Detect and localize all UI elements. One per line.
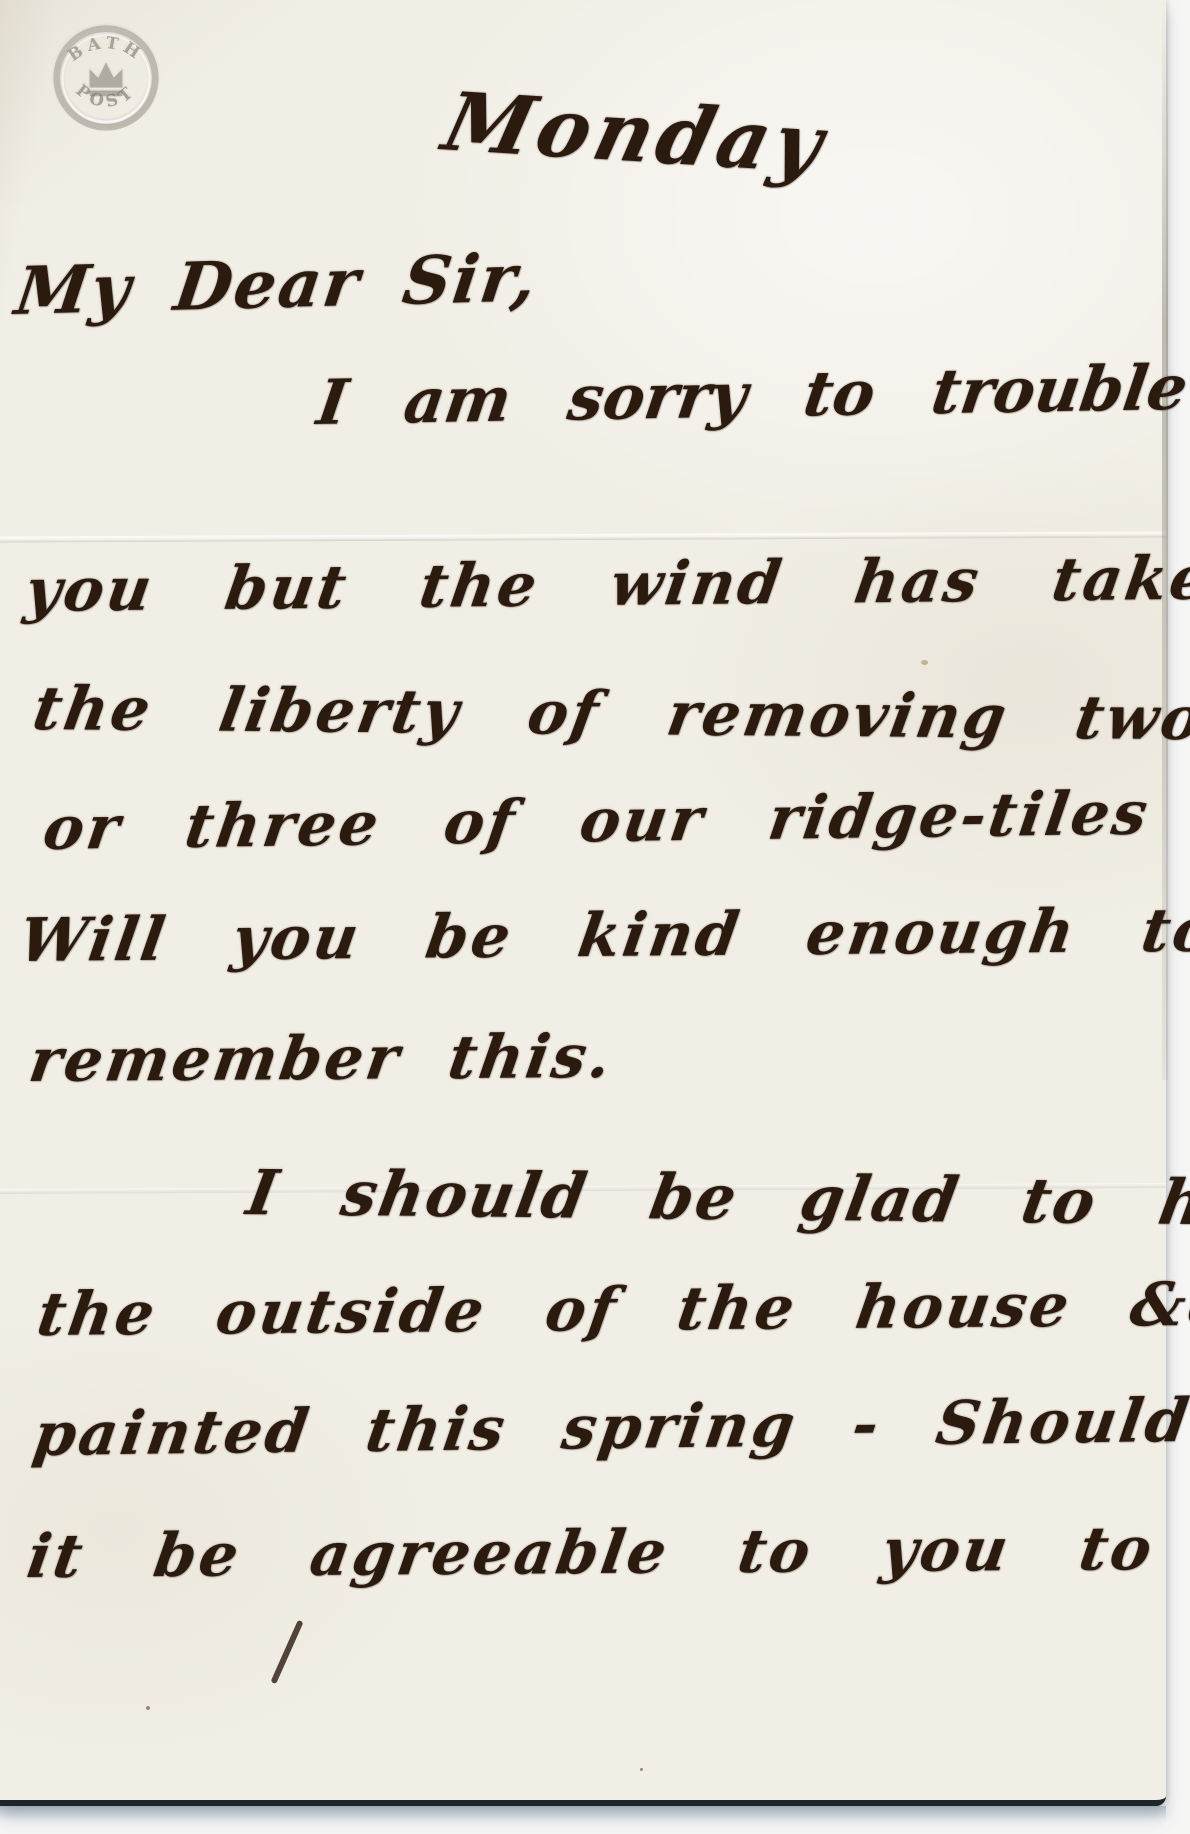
paper-bottom-shadow [0, 1806, 1166, 1820]
ink-speck [921, 660, 928, 665]
ink-speck [146, 1706, 150, 1710]
body-line-1: I am sorry to trouble [313, 351, 1190, 439]
letter-paper: BATH POST Monday My Dear Sir, I am sorry… [0, 0, 1166, 1806]
body-line-6: remember this. [25, 1022, 619, 1096]
body-line-8: the outside of the house &c [33, 1270, 1190, 1350]
body-line-7: I should be glad to have [242, 1156, 1190, 1240]
body-line-9: painted this spring - Should [29, 1386, 1190, 1470]
ink-speck [640, 1768, 643, 1771]
crown-icon [90, 63, 123, 97]
body-line-3: the liberty of removing two ... [28, 674, 1190, 755]
body-line-2: you but the wind has taken [21, 543, 1190, 626]
salutation-line: My Dear Sir, [11, 238, 543, 330]
body-line-4: or three of our ridge-tiles - [39, 777, 1190, 864]
scan-background: { "document_type": "scanned handwritten … [0, 0, 1190, 1834]
body-line-5: Will you be kind enough to [15, 896, 1190, 976]
ink-descender-stroke [270, 1620, 303, 1685]
body-line-10: it be agreeable to you to [23, 1514, 1159, 1592]
embossed-stamp: BATH POST [48, 18, 164, 138]
date-line: Monday [435, 74, 837, 191]
fold-crease-upper [0, 531, 1166, 542]
